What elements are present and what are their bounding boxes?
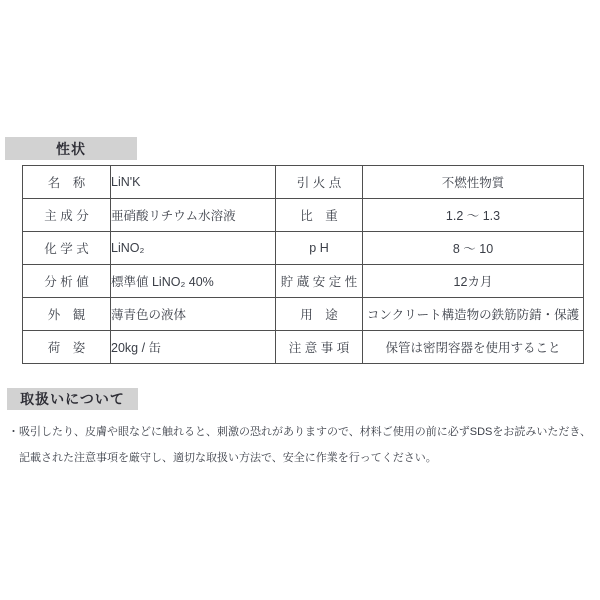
property-label-appearance: 外 観: [23, 298, 111, 331]
table-row: 外 観 薄青色の液体 用 途 コンクリート構造物の鉄筋防錆・保護: [23, 298, 584, 331]
property-label-storage-stability: 貯 蔵 安 定 性: [276, 265, 363, 298]
handling-note-line1: ・吸引したり、皮膚や眼などに触れると、刺激の恐れがありますので、材料ご使用の前に…: [8, 419, 592, 445]
handling-heading-text: 取扱いについて: [20, 389, 125, 409]
property-value-use: コンクリート構造物の鉄筋防錆・保護: [363, 298, 584, 331]
property-label-main-component: 主 成 分: [23, 199, 111, 232]
property-value-flash-point: 不燃性物質: [363, 166, 584, 199]
property-label-use: 用 途: [276, 298, 363, 331]
property-value-precautions: 保管は密閉容器を使用すること: [363, 331, 584, 364]
property-label-specific-gravity: 比 重: [276, 199, 363, 232]
table-row: 主 成 分 亜硝酸リチウム水溶液 比 重 1.2 ～ 1.3: [23, 199, 584, 232]
property-value-specific-gravity: 1.2 ～ 1.3: [363, 199, 584, 232]
handling-notes: ・吸引したり、皮膚や眼などに触れると、刺激の恐れがありますので、材料ご使用の前に…: [8, 419, 592, 471]
property-label-chemical-formula: 化 学 式: [23, 232, 111, 265]
property-value-ph: 8 ～ 10: [363, 232, 584, 265]
properties-table: 名 称 LiN'K 引 火 点 不燃性物質 主 成 分 亜硝酸リチウム水溶液 比…: [22, 165, 584, 364]
property-label-flash-point: 引 火 点: [276, 166, 363, 199]
handling-section-heading: 取扱いについて: [7, 388, 138, 410]
handling-note-line2: 記載された注意事項を厳守し、適切な取扱い方法で、安全に作業を行ってください。: [19, 445, 592, 471]
property-value-analysis-value: 標準値 LiNO₂ 40%: [111, 265, 276, 298]
table-row: 名 称 LiN'K 引 火 点 不燃性物質: [23, 166, 584, 199]
property-value-name: LiN'K: [111, 166, 276, 199]
property-label-packaging: 荷 姿: [23, 331, 111, 364]
property-label-name: 名 称: [23, 166, 111, 199]
table-row: 分 析 値 標準値 LiNO₂ 40% 貯 蔵 安 定 性 12カ月: [23, 265, 584, 298]
property-value-main-component: 亜硝酸リチウム水溶液: [111, 199, 276, 232]
properties-section-heading: 性状: [5, 137, 137, 160]
table-row: 化 学 式 LiNO₂ p H 8 ～ 10: [23, 232, 584, 265]
property-value-packaging: 20kg / 缶: [111, 331, 276, 364]
property-label-precautions: 注 意 事 項: [276, 331, 363, 364]
properties-heading-text: 性状: [56, 139, 86, 159]
property-label-ph: p H: [276, 232, 363, 265]
property-label-analysis-value: 分 析 値: [23, 265, 111, 298]
table-row: 荷 姿 20kg / 缶 注 意 事 項 保管は密閉容器を使用すること: [23, 331, 584, 364]
property-value-appearance: 薄青色の液体: [111, 298, 276, 331]
property-value-chemical-formula: LiNO₂: [111, 232, 276, 265]
property-value-storage-stability: 12カ月: [363, 265, 584, 298]
